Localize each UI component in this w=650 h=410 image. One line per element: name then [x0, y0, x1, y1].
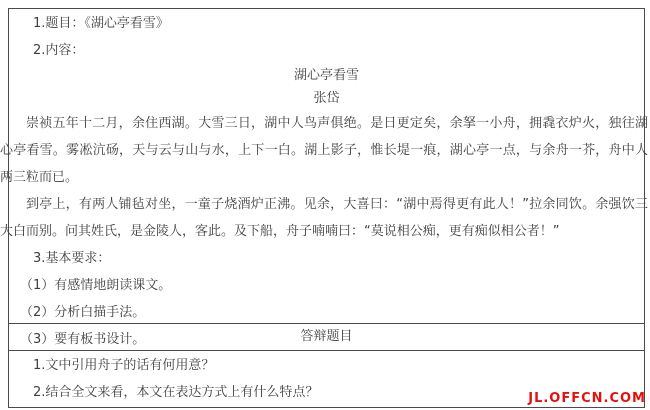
question-content-cell: 1.题目：《湖心亭看雪》 2.内容： 湖心亭看雪 张岱 崇祯五年十二月，余住西湖…	[9, 9, 644, 323]
basic-requirements-label: 3.基本要求：	[9, 245, 644, 272]
passage-paragraph-2: 到亭上，有两人铺毡对坐，一童子烧酒炉正沸。见余，大喜曰：“湖中焉得更有此人！”拉…	[0, 191, 648, 245]
passage-paragraph-1: 崇祯五年十二月，余住西湖。大雪三日，湖中人鸟声俱绝。是日更定矣，余拏一小舟，拥毳…	[0, 110, 648, 191]
passage-title: 湖心亭看雪	[9, 64, 644, 87]
question-title-line: 1.题目：《湖心亭看雪》	[9, 10, 644, 37]
watermark-logo: JL.OFFCN.COM	[528, 391, 646, 406]
defense-question-1: 1.文中引用舟子的话有何用意？	[9, 352, 644, 379]
question-content-label: 2.内容：	[9, 37, 644, 64]
requirement-item-2: （2）分析白描手法。	[9, 299, 644, 326]
passage-author: 张岱	[9, 87, 644, 110]
defense-header-label: 答辩题目	[300, 329, 352, 344]
question-table: 1.题目：《湖心亭看雪》 2.内容： 湖心亭看雪 张岱 崇祯五年十二月，余住西湖…	[8, 8, 645, 408]
requirement-item-1: （1）有感情地朗读课文。	[9, 272, 644, 299]
exam-question-page: 1.题目：《湖心亭看雪》 2.内容： 湖心亭看雪 张岱 崇祯五年十二月，余住西湖…	[0, 0, 650, 410]
